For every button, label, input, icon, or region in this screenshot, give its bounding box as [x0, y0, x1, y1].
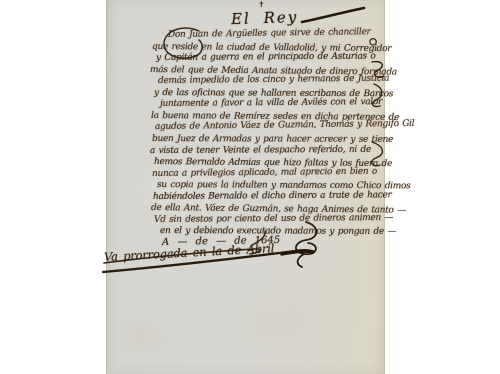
manuscript-line: nunca a privilegios aplicado, mal apreci… [152, 166, 377, 178]
scanned-manuscript-view: ✝ El Rey Don Juan de Argüelles que sirve… [0, 0, 500, 374]
manuscript-line: Vd sin destos por ciento del uso de dine… [154, 213, 393, 225]
document-heading: El Rey [231, 8, 299, 28]
manuscript-line: a vista de tener Veinte el despacho refe… [150, 144, 371, 155]
cross-mark: ✝ [258, 0, 265, 9]
manuscript-line: buen Juez de Armadas y para hacer acrece… [152, 134, 393, 145]
manuscript-line: habiéndoles Bernaldo el dicho dinero a t… [153, 190, 392, 202]
manuscript-line: y Capitán a guerra en el principado de A… [156, 52, 376, 64]
